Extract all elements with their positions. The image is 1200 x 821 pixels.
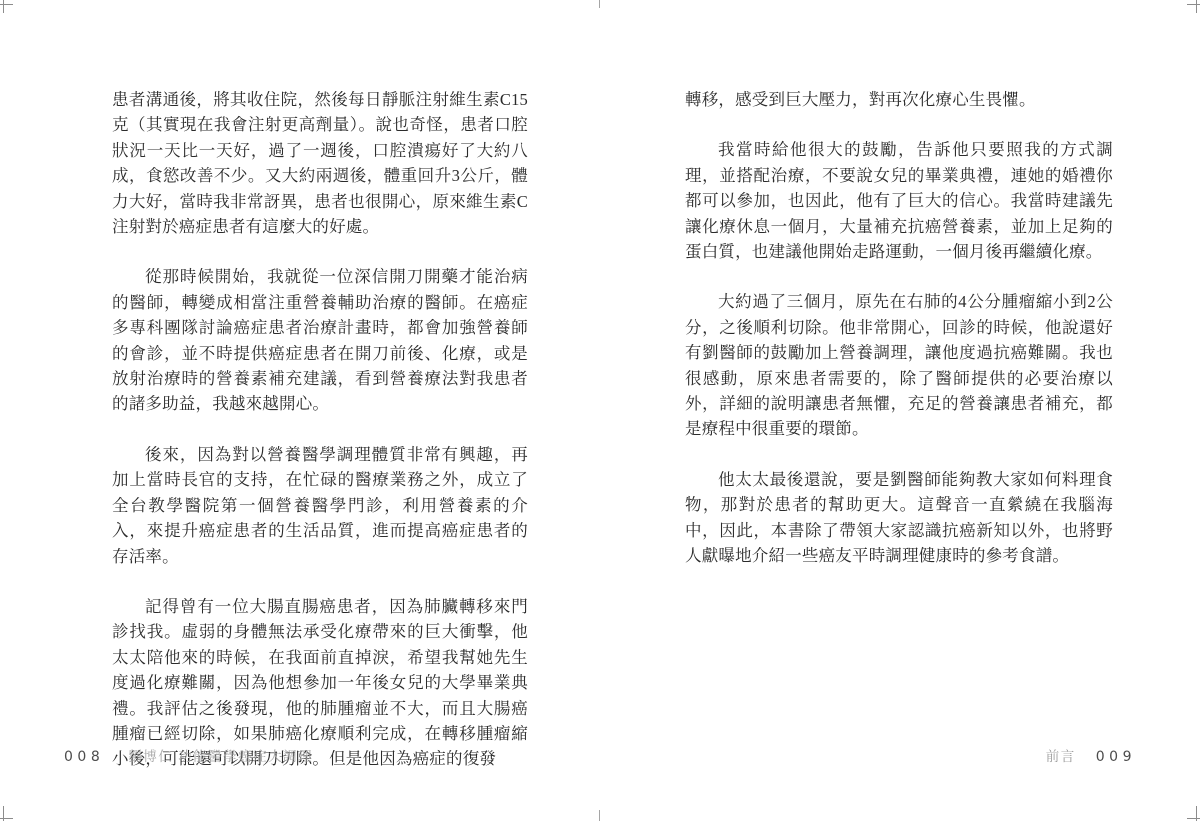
paragraph: 後來，因為對以營養醫學調理體質非常有興趣，再加上當時長官的支持，在忙碌的醫療業務… bbox=[112, 442, 528, 569]
crop-mark-top-left bbox=[0, 4, 13, 5]
paragraph: 大約過了三個月，原先在右肺的4公分腫瘤縮小到2公分，之後順利切除。他非常開心，回… bbox=[685, 289, 1113, 441]
paragraph: 從那時候開始，我就從一位深信開刀開藥才能治病的醫師，轉變成相當注重營養輔助治療的… bbox=[112, 264, 528, 416]
paragraph: 我當時給他很大的鼓勵，告訴他只要照我的方式調理，並搭配治療，不要說女兒的畢業典禮… bbox=[685, 137, 1113, 264]
crop-mark-bottom-center bbox=[599, 810, 600, 821]
crop-mark-bottom-left bbox=[3, 806, 4, 821]
crop-mark-bottom-right bbox=[1196, 806, 1197, 821]
paragraph: 患者溝通後，將其收住院，然後每日靜脈注射維生素C15克（其實現在我會注射更高劑量… bbox=[112, 87, 528, 239]
section-title: 前言 bbox=[1046, 745, 1076, 765]
paragraph: 轉移，感受到巨大壓力，對再次化療心生畏懼。 bbox=[685, 87, 1113, 112]
crop-mark-top-right bbox=[1187, 4, 1200, 5]
paragraph: 他太太最後還說，要是劉醫師能夠教大家如何料理食物，那對於患者的幫助更大。這聲音一… bbox=[685, 467, 1113, 569]
book-title: 劉博仁 功能醫學癌症大調理 bbox=[128, 745, 313, 765]
left-page-footer: 008 劉博仁 功能醫學癌症大調理 bbox=[64, 745, 313, 765]
right-page-footer: 前言 009 bbox=[1046, 745, 1136, 765]
crop-mark-bottom-left bbox=[0, 818, 13, 819]
page-number: 008 bbox=[64, 749, 104, 765]
right-page-text-column: 轉移，感受到巨大壓力，對再次化療心生畏懼。 我當時給他很大的鼓勵，告訴他只要照我… bbox=[685, 87, 1113, 594]
crop-mark-top-center bbox=[599, 0, 600, 8]
crop-mark-bottom-right bbox=[1187, 818, 1200, 819]
crop-mark-top-right bbox=[1196, 0, 1197, 13]
left-page-text-column: 患者溝通後，將其收住院，然後每日靜脈注射維生素C15克（其實現在我會注射更高劑量… bbox=[112, 87, 528, 797]
book-spread: 患者溝通後，將其收住院，然後每日靜脈注射維生素C15克（其實現在我會注射更高劑量… bbox=[0, 0, 1200, 821]
page-number: 009 bbox=[1096, 749, 1136, 765]
crop-mark-top-left bbox=[3, 0, 4, 13]
